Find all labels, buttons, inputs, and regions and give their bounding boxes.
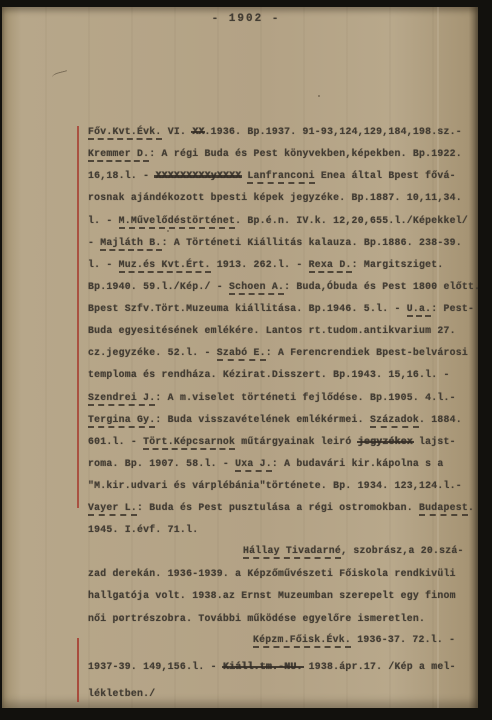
underlined-text: Tergina Gy. [88,414,155,428]
underlined-text: Majláth B. [100,237,161,251]
text-segment: 1938.ápr.17. /Kép a mel- [303,661,456,672]
text-segment: zad derekán. 1936-1939. a Képzőművészeti… [88,568,456,579]
references-paragraph: Képzm.Főisk.Évk. 1936-37. 72.l. -1937-39… [88,626,488,707]
text-segment: : Buda,Óbuda és Pest 1800 előtt. [284,281,480,292]
text-segment: roma. Bp. 1907. 58.l. - [88,458,235,469]
underlined-text: Hállay Tivadarné [243,545,341,559]
underlined-text: Szabó E. [217,347,266,361]
text-segment: : Buda visszavételének emlékérmei. [155,414,370,425]
text-segment: 1913. 262.l. - [211,259,309,270]
document-line: l. - Muz.és Kvt.Ért. 1913. 262.l. - Rexa… [88,254,488,276]
underlined-text: U.a. [407,303,432,317]
underlined-text: Rexa D. [309,259,352,273]
struck-out-text: jegyzékex [358,436,413,447]
document-line: Főv.Kvt.Évk. VI. XX.1936. Bp.1937. 91-93… [88,121,488,143]
text-segment: : Buda és Pest pusztulása a régi ostromo… [137,502,419,513]
document-line: Bpest Szfv.Tört.Muzeuma kiállitása. Bp.1… [88,298,488,320]
red-margin-rule-lower [77,638,79,702]
text-segment: : A m.viselet történeti fejlődése. Bp.19… [155,392,455,403]
document-line: Képzm.Főisk.Évk. 1936-37. 72.l. - [88,626,488,653]
text-segment: : A régi Buda és Pest könyvekben,képekbe… [149,148,462,159]
underlined-text: Tört.Képcsarnok [143,436,235,450]
text-segment: , szobrász,a 20.szá- [341,545,464,556]
document-line: 1945. I.évf. 71.l. [88,519,488,541]
red-margin-rule-upper [77,126,79,508]
text-segment: Bp.1940. 59.l./Kép./ - [88,281,229,292]
text-segment: 601.l. - [88,436,143,447]
biography-paragraph: Hállay Tivadarné, szobrász,a 20.szá-zad … [88,540,488,630]
underlined-text: Budapest [419,502,468,516]
underlined-text: Schoen A. [229,281,284,295]
underlined-text: Vayer L. [88,502,137,516]
document-line: 601.l. - Tört.Képcsarnok műtárgyainak le… [88,431,488,453]
underlined-text: Képzm.Főisk.Évk. [253,634,351,648]
document-line: Hállay Tivadarné, szobrász,a 20.szá- [88,540,488,563]
document-line: hallgatója volt. 1938.az Ernst Muzeumban… [88,585,488,608]
document-line: l. - M.Művelődéstörténet. Bp.é.n. IV.k. … [88,210,488,232]
struck-out-text: Kiáll.tm.-NU. [223,661,303,672]
document-line: roma. Bp. 1907. 58.l. - Uxa J.: A budavá… [88,453,488,475]
text-segment: . 1884. [419,414,462,425]
text-segment: . [468,502,474,513]
text-segment: : A budavári kir.kápolna s a [272,458,444,469]
document-line: lékletben./ [88,680,488,707]
text-segment: műtárgyainak leiró [235,436,358,447]
underlined-text: M.Művelődéstörténet [119,215,235,229]
text-segment: Enea által Bpest fővá- [315,170,456,181]
document-line: zad derekán. 1936-1939. a Képzőművészeti… [88,563,488,586]
document-line: 16,18.l. - XXXXXXXXXyXXXX Lanfranconi En… [88,165,488,187]
text-segment: 1936-37. 72.l. - [351,634,455,645]
text-segment: Bpest Szfv.Tört.Muzeuma kiállitása. Bp.1… [88,303,407,314]
paper-speck [318,95,320,97]
document-line: cz.jegyzéke. 52.l. - Szabó E.: A Ferencr… [88,342,488,364]
text-segment: . Bp.é.n. IV.k. 12,20,655.l./Képekkel/ [235,215,468,226]
text-segment: 16,18.l. - [88,170,155,181]
text-segment: : Margitsziget. [352,259,444,270]
text-segment: lékletben./ [88,688,155,699]
text-segment: cz.jegyzéke. 52.l. - [88,347,217,358]
bibliography-paragraph: Főv.Kvt.Évk. VI. XX.1936. Bp.1937. 91-93… [88,121,488,541]
text-segment: - [88,237,100,248]
document-line: Kremmer D.: A régi Buda és Pest könyvekb… [88,143,488,165]
document-line: temploma és rendháza. Kézirat.Disszert. … [88,364,488,386]
text-segment: 1937-39. 149,156.l. - [88,661,223,672]
underlined-text: Főv.Kvt.Évk. [88,126,162,140]
page-number: - 1902 - [0,13,492,25]
text-segment: női portrészobra. További működése egyel… [88,613,425,624]
underlined-text: Muz.és Kvt.Ért. [119,259,211,273]
struck-out-text: XX [192,126,204,137]
text-segment: hallgatója volt. 1938.az Ernst Muzeumban… [88,590,456,601]
text-segment: Buda egyesitésének emlékére. Lantos rt.t… [88,325,456,336]
text-segment: lajst- [413,436,456,447]
text-segment: rosnak ajándékozott bpesti képek jegyzék… [88,192,462,203]
text-segment: : A Ferencrendiek Bpest-belvárosi [266,347,468,358]
document-line: Bp.1940. 59.l./Kép./ - Schoen A.: Buda,Ó… [88,276,488,298]
document-line: 1937-39. 149,156.l. - Kiáll.tm.-NU. 1938… [88,653,488,680]
struck-out-text: XXXXXXXXXyXXXX [155,170,241,181]
underlined-text: Szendrei J. [88,392,155,406]
document-line: "M.kir.udvari és várplébánia"története. … [88,475,488,497]
document-line: Szendrei J.: A m.viselet történeti fejlő… [88,387,488,409]
text-segment: "M.kir.udvari és várplébánia"története. … [88,480,462,491]
underlined-text: Lanfranconi [247,170,314,184]
document-line: rosnak ajándékozott bpesti képek jegyzék… [88,187,488,209]
text-segment: l. - [88,259,119,270]
text-segment: : Pest- [431,303,474,314]
document-line: Tergina Gy.: Buda visszavételének emléké… [88,409,488,431]
text-segment: l. - [88,215,119,226]
underlined-text: Századok [370,414,419,428]
text-segment: VI. [162,126,193,137]
text-segment: 1945. I.évf. 71.l. [88,524,198,535]
text-segment: : A Történeti Kiállitás kalauza. Bp.1886… [162,237,462,248]
document-line: Buda egyesitésének emlékére. Lantos rt.t… [88,320,488,342]
text-segment: .1936. Bp.1937. 91-93,124,129,184,198.sz… [204,126,461,137]
document-line: - Majláth B.: A Történeti Kiállitás kala… [88,232,488,254]
text-segment: temploma és rendháza. Kézirat.Disszert. … [88,369,450,380]
underlined-text: Kremmer D. [88,148,149,162]
document-line: Vayer L.: Buda és Pest pusztulása a régi… [88,497,488,519]
underlined-text: Uxa J. [235,458,272,472]
